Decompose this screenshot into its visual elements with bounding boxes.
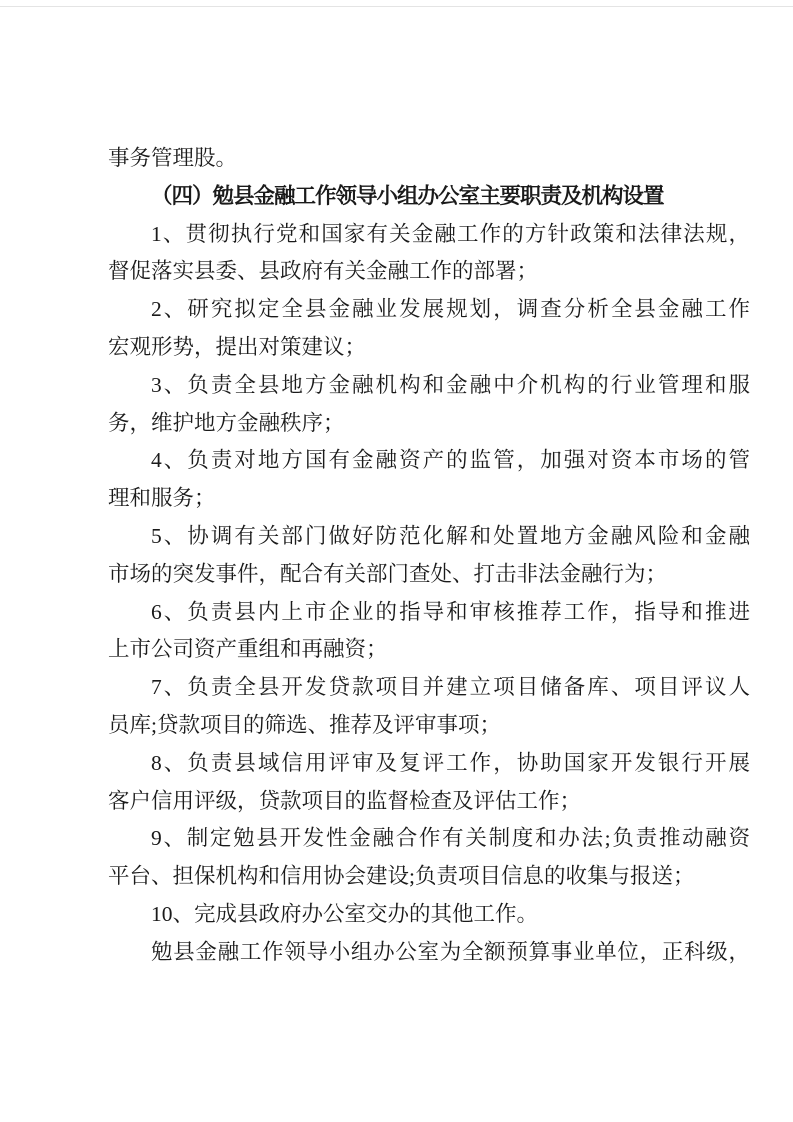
doc-line: 督促落实县委、县政府有关金融工作的部署； [108,253,750,291]
doc-line: 平台、担保机构和信用协会建设;负责项目信息的收集与报送； [108,858,750,896]
paragraph: 7、负责全县开发贷款项目并建立项目储备库、项目评议人 员库;贷款项目的筛选、推荐… [108,669,750,745]
doc-line: 4、负责对地方国有金融资产的监管，加强对资本市场的管 [108,442,750,480]
paragraph: 勉县金融工作领导小组办公室为全额预算事业单位，正科级， [108,934,750,972]
paragraph: 1、贯彻执行党和国家有关金融工作的方针政策和法律法规， 督促落实县委、县政府有关… [108,216,750,292]
doc-line: 2、研究拟定全县金融业发展规划，调查分析全县金融工作 [108,291,750,329]
doc-line: 10、完成县政府办公室交办的其他工作。 [108,896,750,934]
page-top-edge [0,6,793,7]
doc-line: 市场的突发事件，配合有关部门查处、打击非法金融行为； [108,556,750,594]
doc-line: 7、负责全县开发贷款项目并建立项目储备库、项目评议人 [108,669,750,707]
paragraph: 5、协调有关部门做好防范化解和处置地方金融风险和金融 市场的突发事件，配合有关部… [108,518,750,594]
paragraph: 4、负责对地方国有金融资产的监管，加强对资本市场的管 理和服务； [108,442,750,518]
doc-line: 上市公司资产重组和再融资； [108,631,750,669]
doc-line: 8、负责县域信用评审及复评工作，协助国家开发银行开展 [108,745,750,783]
section-heading-line: （四）勉县金融工作领导小组办公室主要职责及机构设置 [108,178,750,216]
doc-line: 勉县金融工作领导小组办公室为全额预算事业单位，正科级， [108,934,750,972]
doc-line: 6、负责县内上市企业的指导和审核推荐工作，指导和推进 [108,594,750,632]
paragraph: 8、负责县域信用评审及复评工作，协助国家开发银行开展 客户信用评级，贷款项目的监… [108,745,750,821]
paragraph: 2、研究拟定全县金融业发展规划，调查分析全县金融工作 宏观形势，提出对策建议； [108,291,750,367]
paragraph: 10、完成县政府办公室交办的其他工作。 [108,896,750,934]
doc-line: 3、负责全县地方金融机构和金融中介机构的行业管理和服 [108,367,750,405]
document-page: 事务管理股。 （四）勉县金融工作领导小组办公室主要职责及机构设置 1、贯彻执行党… [0,0,793,1122]
paragraph: 6、负责县内上市企业的指导和审核推荐工作，指导和推进 上市公司资产重组和再融资； [108,594,750,670]
doc-line: 宏观形势，提出对策建议； [108,329,750,367]
doc-line: 员库;贷款项目的筛选、推荐及评审事项； [108,707,750,745]
doc-line: 理和服务； [108,480,750,518]
doc-line: 事务管理股。 [108,140,750,178]
doc-line: 9、制定勉县开发性金融合作有关制度和办法;负责推动融资 [108,820,750,858]
doc-line: 5、协调有关部门做好防范化解和处置地方金融风险和金融 [108,518,750,556]
paragraph: 3、负责全县地方金融机构和金融中介机构的行业管理和服 务，维护地方金融秩序； [108,367,750,443]
doc-line: 客户信用评级，贷款项目的监督检查及评估工作； [108,783,750,821]
section-heading: （四）勉县金融工作领导小组办公室主要职责及机构设置 [108,178,750,216]
paragraph: 9、制定勉县开发性金融合作有关制度和办法;负责推动融资 平台、担保机构和信用协会… [108,820,750,896]
text-block: 事务管理股。 （四）勉县金融工作领导小组办公室主要职责及机构设置 1、贯彻执行党… [108,140,750,972]
doc-line: 务，维护地方金融秩序； [108,405,750,443]
doc-line: 1、贯彻执行党和国家有关金融工作的方针政策和法律法规， [108,216,750,254]
paragraph: 事务管理股。 [108,140,750,178]
